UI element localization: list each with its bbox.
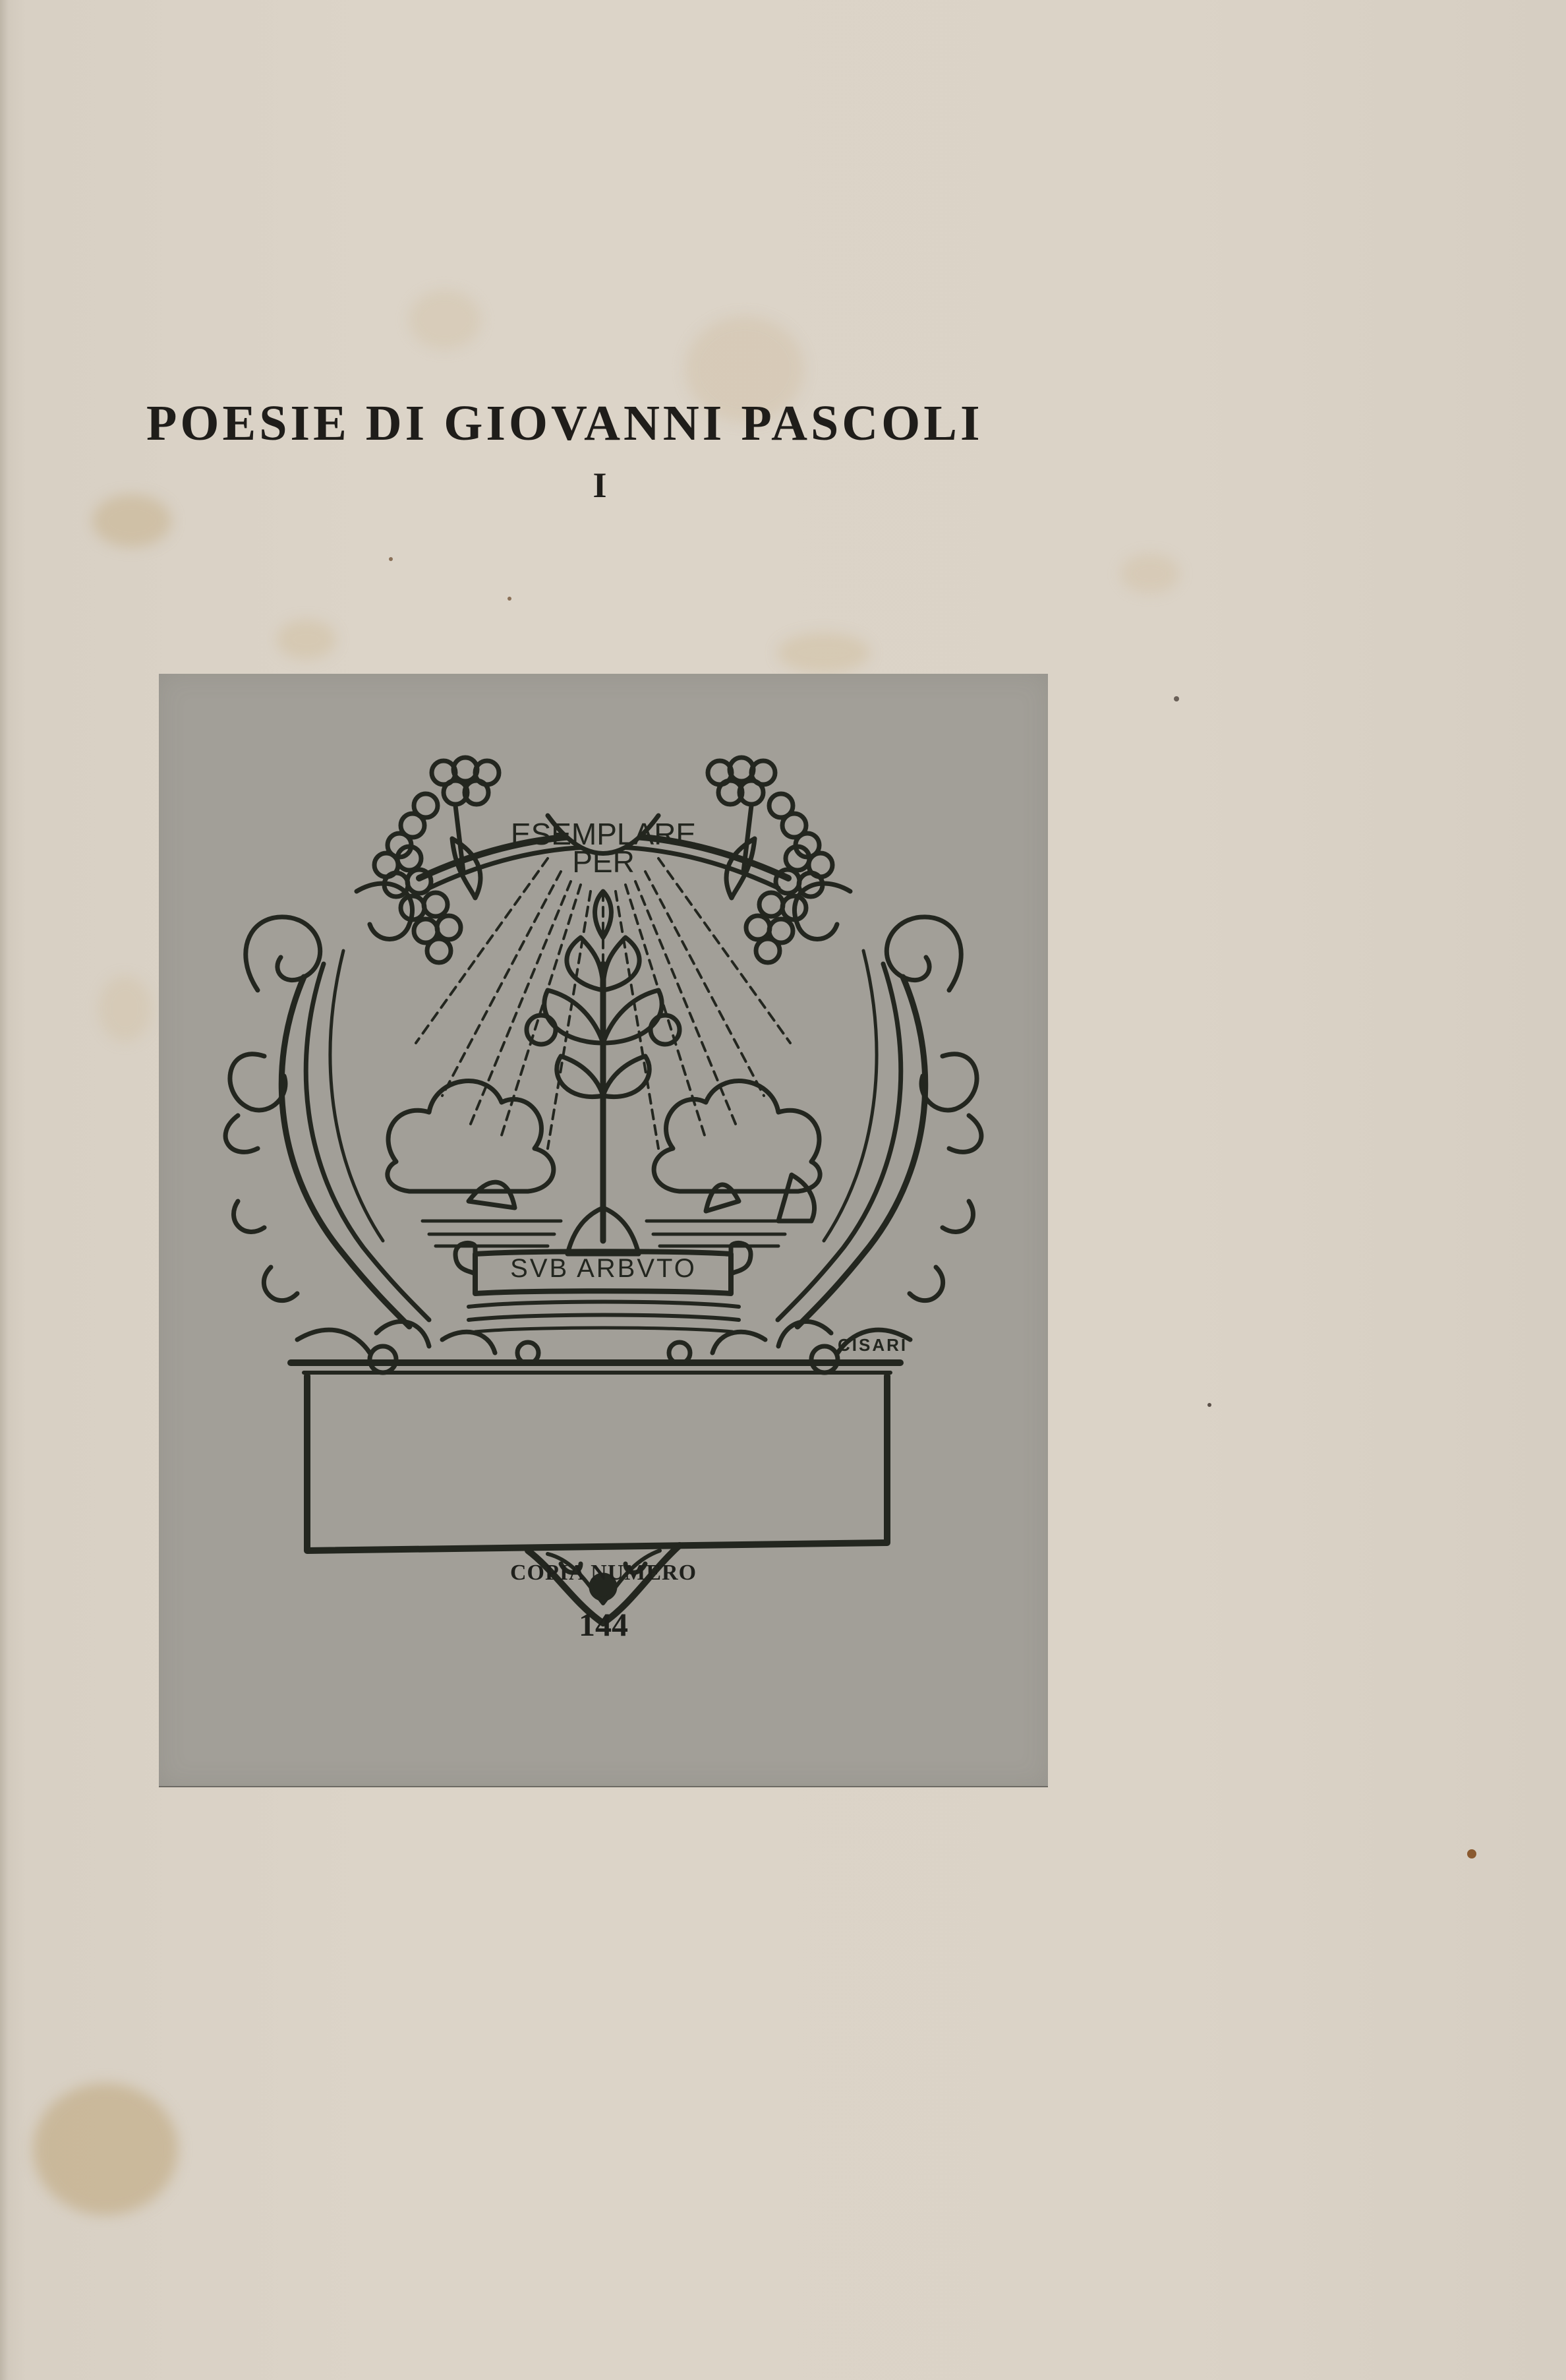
banner-motto: SVB ARBVTO — [159, 1254, 1048, 1284]
foxing-stain — [409, 290, 481, 349]
owner-name-field — [314, 1383, 881, 1544]
artist-signature: CISARI — [838, 1335, 908, 1355]
page-edge — [0, 0, 9, 2380]
copy-number: 144 — [159, 1605, 1048, 1644]
foxing-stain — [1120, 554, 1180, 593]
book-title: POESIE DI GIOVANNI PASCOLI — [146, 395, 1049, 452]
foxing-stain — [99, 976, 152, 1042]
foxing-stain — [277, 620, 336, 659]
speck — [1467, 1849, 1476, 1859]
speck — [389, 557, 393, 561]
motto-per: PER — [159, 847, 1048, 877]
foxing-stain — [33, 2083, 178, 2215]
foxing-stain — [778, 633, 870, 672]
speck — [1174, 696, 1179, 701]
speck — [507, 597, 511, 601]
volume-number: I — [580, 465, 620, 506]
speck — [1207, 1403, 1211, 1407]
bookplate-card: ESEMPLARE PER SVB ARBVTO CISARI COPIA NU… — [159, 674, 1048, 1786]
foxing-stain — [92, 494, 171, 547]
copy-label: COPIA NUMERO — [159, 1561, 1048, 1586]
